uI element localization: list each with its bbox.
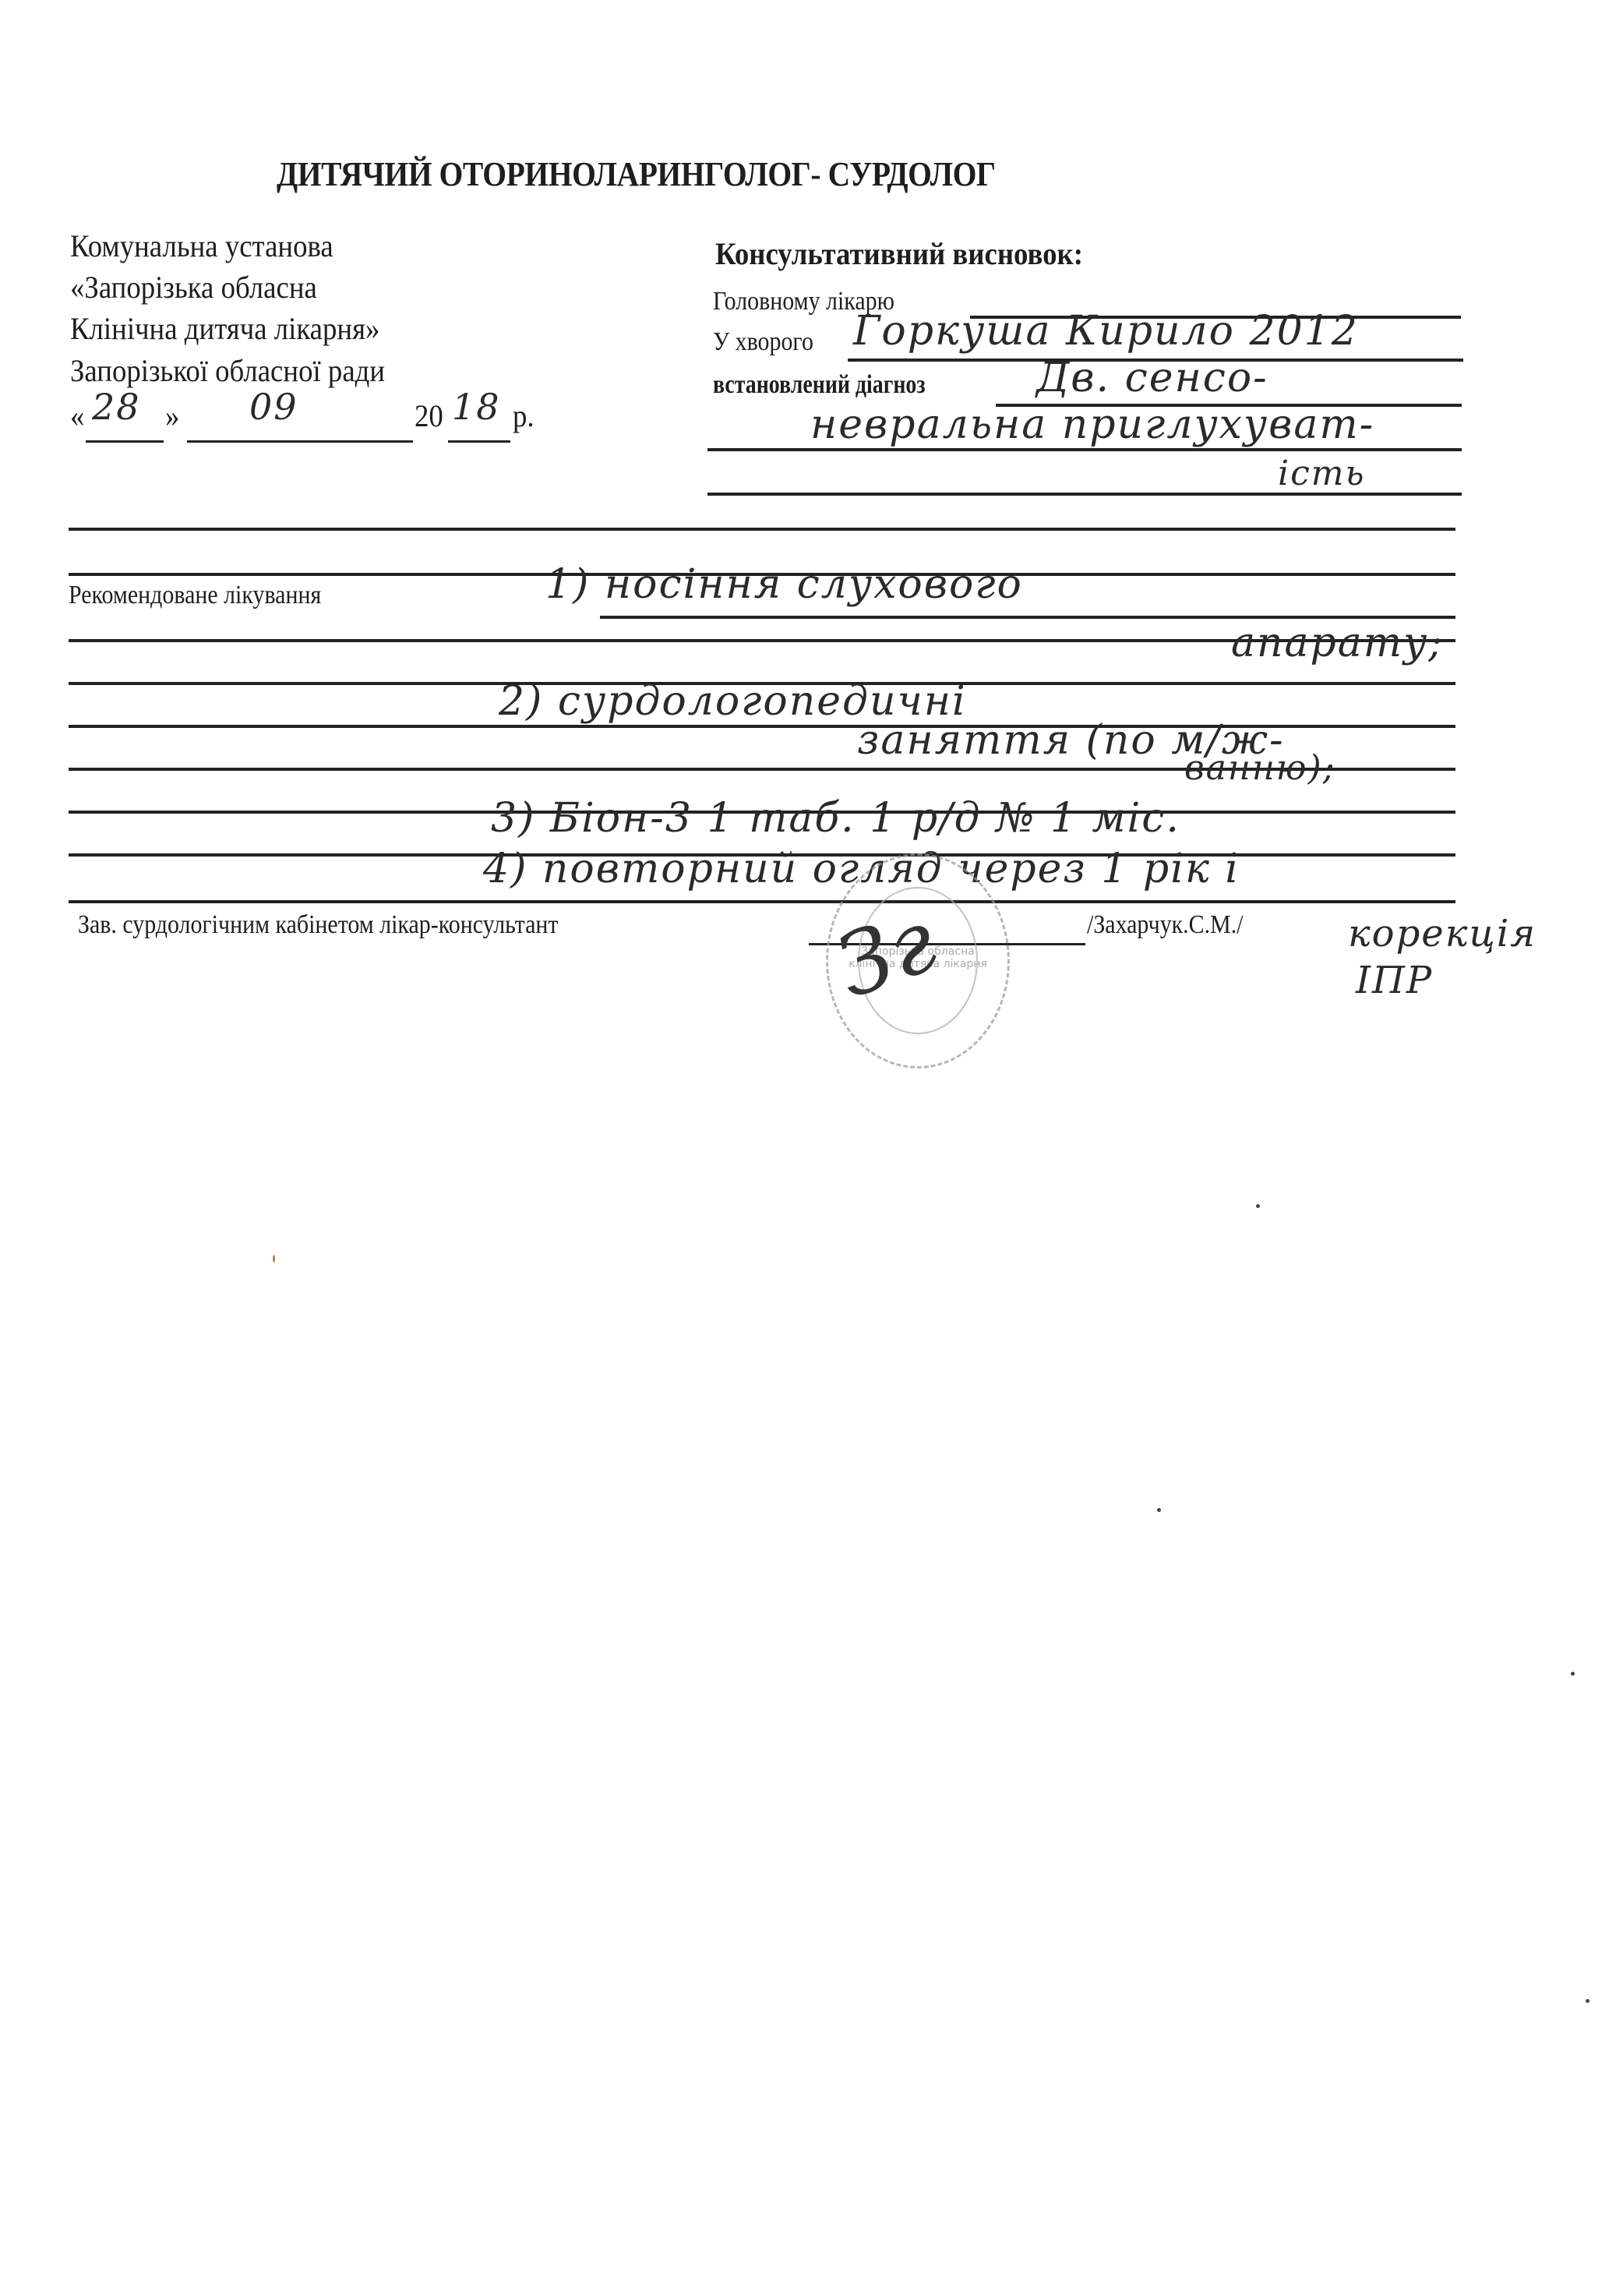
institution-line-3: Клінічна дитяча лікарня» [70,310,379,347]
institution-line-4: Запорізької обласної ради [70,352,385,389]
scan-speck [1586,1999,1589,2003]
scan-speck [1157,1508,1161,1512]
treatment-item-5: ванню); [1184,748,1336,788]
institution-line-1: Комунальна установа [70,228,333,264]
scan-speck [1571,1672,1575,1676]
diagnosis-label: встановлений діагноз [713,370,926,400]
treatment-item-1: 1) носіння слухового [545,561,1023,608]
date-open-quote: « [70,397,84,434]
date-day: 28 [92,386,141,428]
diagnosis-line-2: невральна приглухуват- [810,401,1374,448]
institution-line-2: «Запорізька обласна [70,269,317,306]
signature-role: Зав. сурдологічним кабінетом лікар-консу… [78,910,558,940]
patient-label: У хворого [713,327,813,357]
date-close-quote: » [165,397,179,434]
diagnosis-line-3: ість [1278,454,1365,493]
date-month: 09 [249,386,298,428]
diagnosis-line-1: Дв. сенсо- [1036,355,1268,401]
date-suffix: р. [513,397,535,434]
scan-speck [1256,1204,1260,1208]
diagnosis-field-2 [707,448,1462,451]
signature-name: /Захарчук.С.М./ [1087,910,1244,940]
scan-speck [273,1255,275,1263]
margin-note-1: корекція [1348,912,1537,955]
treatment-label: Рекомендоване лікування [69,581,321,610]
patient-value: Горкуша Кирило 2012 [853,308,1359,355]
treatment-item-2: апарату; [1231,620,1444,666]
date-year-suffix: 18 [452,386,501,428]
document-title: ДИТЯЧИЙ ОТОРИНОЛАРИНГОЛОГ- СУРДОЛОГ [277,154,996,194]
conclusion-heading: Консультативний висновок: [715,235,1083,272]
treatment-item-6: 3) Біон-3 1 таб. 1 р/д № 1 міс. [491,795,1180,842]
date-year-prefix: 20 [415,397,443,434]
margin-note-2: ІПР [1356,959,1433,1002]
